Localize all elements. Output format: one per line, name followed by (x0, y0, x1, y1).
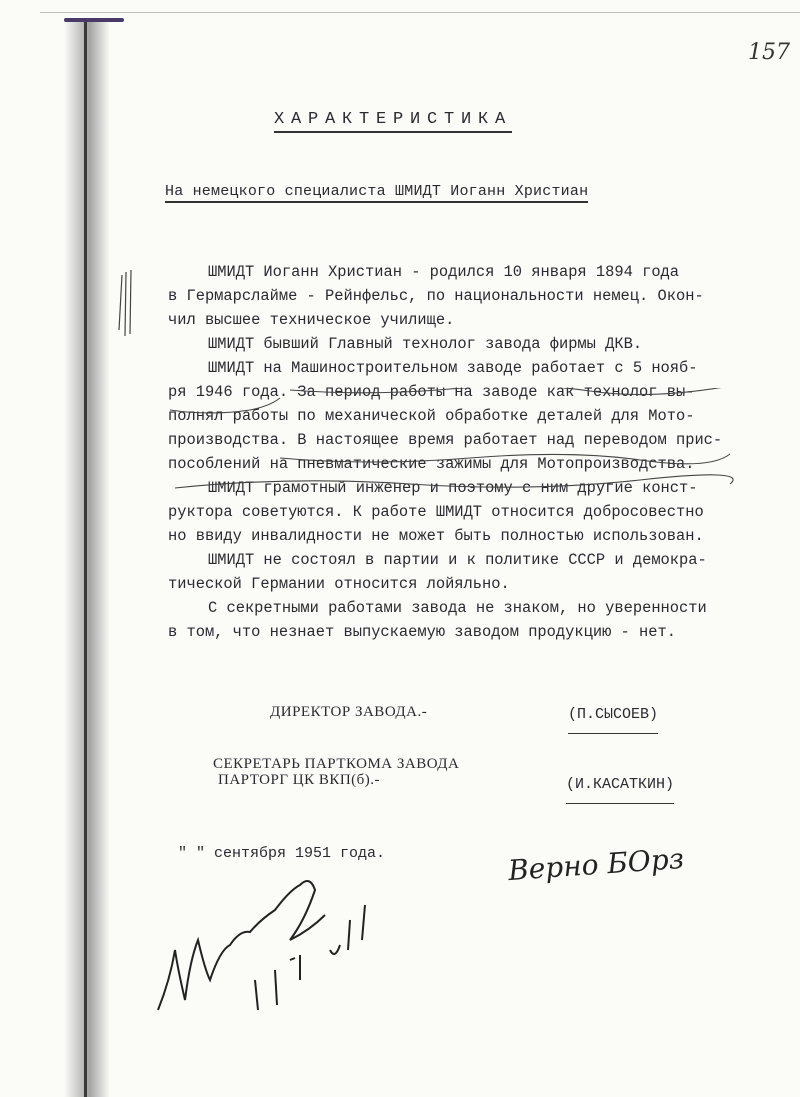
margin-pencil-mark (118, 270, 138, 340)
body-line: в Гермарслайме - Рейнфельс, по националь… (168, 284, 704, 308)
body-line: ШМИДТ Иоганн Христиан - родился 10 январ… (208, 260, 679, 284)
secretary-role-line1: СЕКРЕТАРЬ ПАРТКОМА ЗАВОДА (213, 756, 459, 773)
page-number: 157 (748, 40, 790, 65)
body-line: ШМИДТ бывший Главный технолог завода фир… (208, 332, 642, 356)
body-line: С секретными работами завода не знаком, … (208, 596, 707, 620)
body-line: тической Германии относится лойяльно. (168, 572, 510, 596)
pencil-underlines (170, 388, 740, 498)
scan-top-edge (40, 12, 800, 13)
certified-handwriting: Верно БОрз (507, 842, 685, 887)
director-role: ДИРЕКТОР ЗАВОДА.- (270, 704, 427, 721)
body-line: но ввиду инвалидности не может быть полн… (168, 524, 704, 548)
body-line: ШМИДТ не состоял в партии и к политике С… (208, 548, 707, 572)
secretary-name: (И.КАСАТКИН) (566, 776, 674, 804)
body-line: в том, что незнает выпускаемую заводом п… (168, 620, 676, 644)
binding-fold-line (84, 18, 87, 1097)
handwritten-signature (150, 860, 410, 1020)
body-line: чил высшее техническое училище. (168, 308, 454, 332)
binding-shadow (64, 18, 110, 1097)
body-line: руктора советуются. К работе ШМИДТ относ… (168, 500, 704, 524)
document-subtitle: На немецкого специалиста ШМИДТ Иоганн Хр… (165, 183, 588, 203)
binding-clip (64, 18, 124, 22)
body-line: ШМИДТ на Машиностроительном заводе работ… (208, 356, 698, 380)
secretary-role-line2: ПАРТОРГ ЦК ВКП(б).- (218, 772, 380, 789)
director-name: (П.СЫСОЕВ) (568, 706, 658, 734)
document-title: ХАРАКТЕРИСТИКА (274, 110, 512, 133)
